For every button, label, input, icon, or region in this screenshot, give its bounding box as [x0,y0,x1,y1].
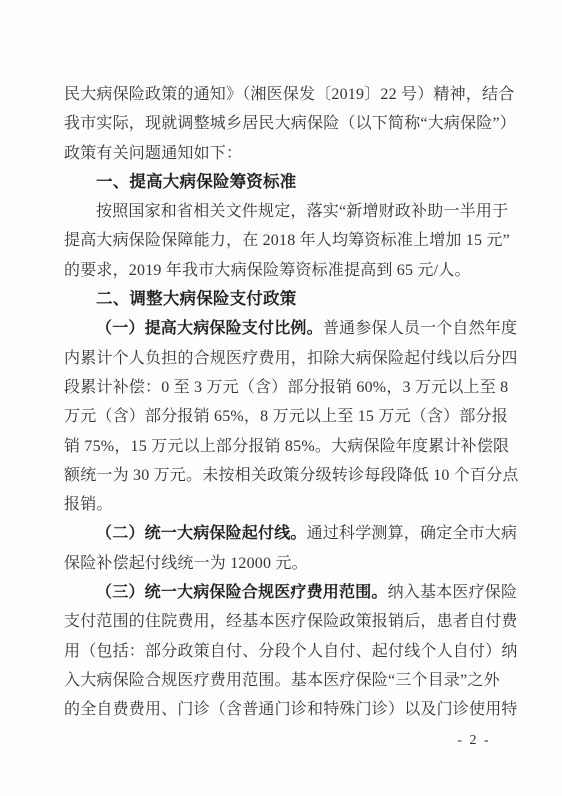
line-segment: 纳入基本医疗保险 [388,584,518,601]
line-segment-bold: （三）统一大病保险合规医疗费用范围。 [96,584,388,601]
document-line: 的要求，2019 年我市大病保险筹资标准提高到 65 元/人。 [64,256,510,285]
line-segment: 万元（含）部分报销 65%，8 万元以上至 15 万元（含）部分报 [64,408,508,425]
document-line: 支付范围的住院费用，经基本医疗保险政策报销后，患者自付费 [64,607,510,636]
document-line: （一）提高大病保险支付比例。普通参保人员一个自然年度 [64,314,510,343]
document-line: 政策有关问题通知如下： [64,139,510,168]
document-line: 用（包括：部分政策自付、分段个人自付、起付线个人自付）纳 [64,637,510,666]
document-line: 万元（含）部分报销 65%，8 万元以上至 15 万元（含）部分报 [64,402,510,431]
line-segment-bold: （一）提高大病保险支付比例。 [96,320,323,337]
line-segment: 支付范围的住院费用，经基本医疗保险政策报销后，患者自付费 [64,613,518,630]
line-segment: 的全自费费用、门诊（含普通门诊和特殊门诊）以及门诊使用特 [64,701,518,718]
document-body: 民大病保险政策的通知》（湘医保发〔2019〕22 号）精神，结合我市实际，现就调… [64,80,510,725]
document-line: （二）统一大病保险起付线。通过科学测算，确定全市大病 [64,519,510,548]
document-line: 销 75%，15 万元以上部分报销 85%。大病保险年度累计补偿限 [64,432,510,461]
document-line: 段累计补偿：0 至 3 万元（含）部分报销 60%，3 万元以上至 8 [64,373,510,402]
document-line: 报销。 [64,490,510,519]
line-segment-bold: 一、提高大病保险筹资标准 [96,173,296,191]
line-segment: 按照国家和省相关文件规定，落实“新增财政补助一半用于 [96,203,508,220]
line-segment-bold: （二）统一大病保险起付线。 [96,525,307,542]
line-segment: 报销。 [64,496,113,513]
line-segment: 入大病保险合规医疗费用范围。基本医疗保险“三个目录”之外 [64,672,500,689]
line-segment-bold: 二、调整大病保险支付政策 [96,290,296,308]
line-segment: 销 75%，15 万元以上部分报销 85%。大病保险年度累计补偿限 [64,438,509,455]
line-segment: 段累计补偿：0 至 3 万元（含）部分报销 60%，3 万元以上至 8 [64,379,508,396]
line-segment: 用（包括：部分政策自付、分段个人自付、起付线个人自付）纳 [64,643,518,660]
line-segment: 政策有关问题通知如下： [64,145,242,162]
line-segment: 我市实际，现就调整城乡居民大病保险（以下简称“大病保险”） [64,115,516,132]
document-line: （三）统一大病保险合规医疗费用范围。纳入基本医疗保险 [64,578,510,607]
document-line: 按照国家和省相关文件规定，落实“新增财政补助一半用于 [64,197,510,226]
line-segment: 提高大病保险保障能力，在 2018 年人均筹资标准上增加 15 元” [64,232,510,249]
line-segment: 的要求，2019 年我市大病保险筹资标准提高到 65 元/人。 [64,262,471,279]
document-line: 的全自费费用、门诊（含普通门诊和特殊门诊）以及门诊使用特 [64,695,510,724]
document-line: 入大病保险合规医疗费用范围。基本医疗保险“三个目录”之外 [64,666,510,695]
line-segment: 保险补偿起付线统一为 12000 元。 [64,555,308,572]
document-page: 民大病保险政策的通知》（湘医保发〔2019〕22 号）精神，结合我市实际，现就调… [0,0,562,796]
line-segment: 民大病保险政策的通知》（湘医保发〔2019〕22 号）精神，结合 [64,86,514,103]
line-segment: 普通参保人员一个自然年度 [323,320,517,337]
line-segment: 额统一为 30 万元。未按相关政策分级转诊每段降低 10 个百分点 [64,467,519,484]
page-number: - 2 - [448,733,500,749]
document-line: 内累计个人负担的合规医疗费用，扣除大病保险起付线以后分四 [64,344,510,373]
document-line: 二、调整大病保险支付政策 [64,285,510,314]
document-line: 一、提高大病保险筹资标准 [64,168,510,197]
document-line: 保险补偿起付线统一为 12000 元。 [64,549,510,578]
line-segment: 通过科学测算，确定全市大病 [307,525,518,542]
document-line: 我市实际，现就调整城乡居民大病保险（以下简称“大病保险”） [64,109,510,138]
document-line: 民大病保险政策的通知》（湘医保发〔2019〕22 号）精神，结合 [64,80,510,109]
line-segment: 内累计个人负担的合规医疗费用，扣除大病保险起付线以后分四 [64,350,518,367]
document-line: 提高大病保险保障能力，在 2018 年人均筹资标准上增加 15 元” [64,226,510,255]
document-line: 额统一为 30 万元。未按相关政策分级转诊每段降低 10 个百分点 [64,461,510,490]
